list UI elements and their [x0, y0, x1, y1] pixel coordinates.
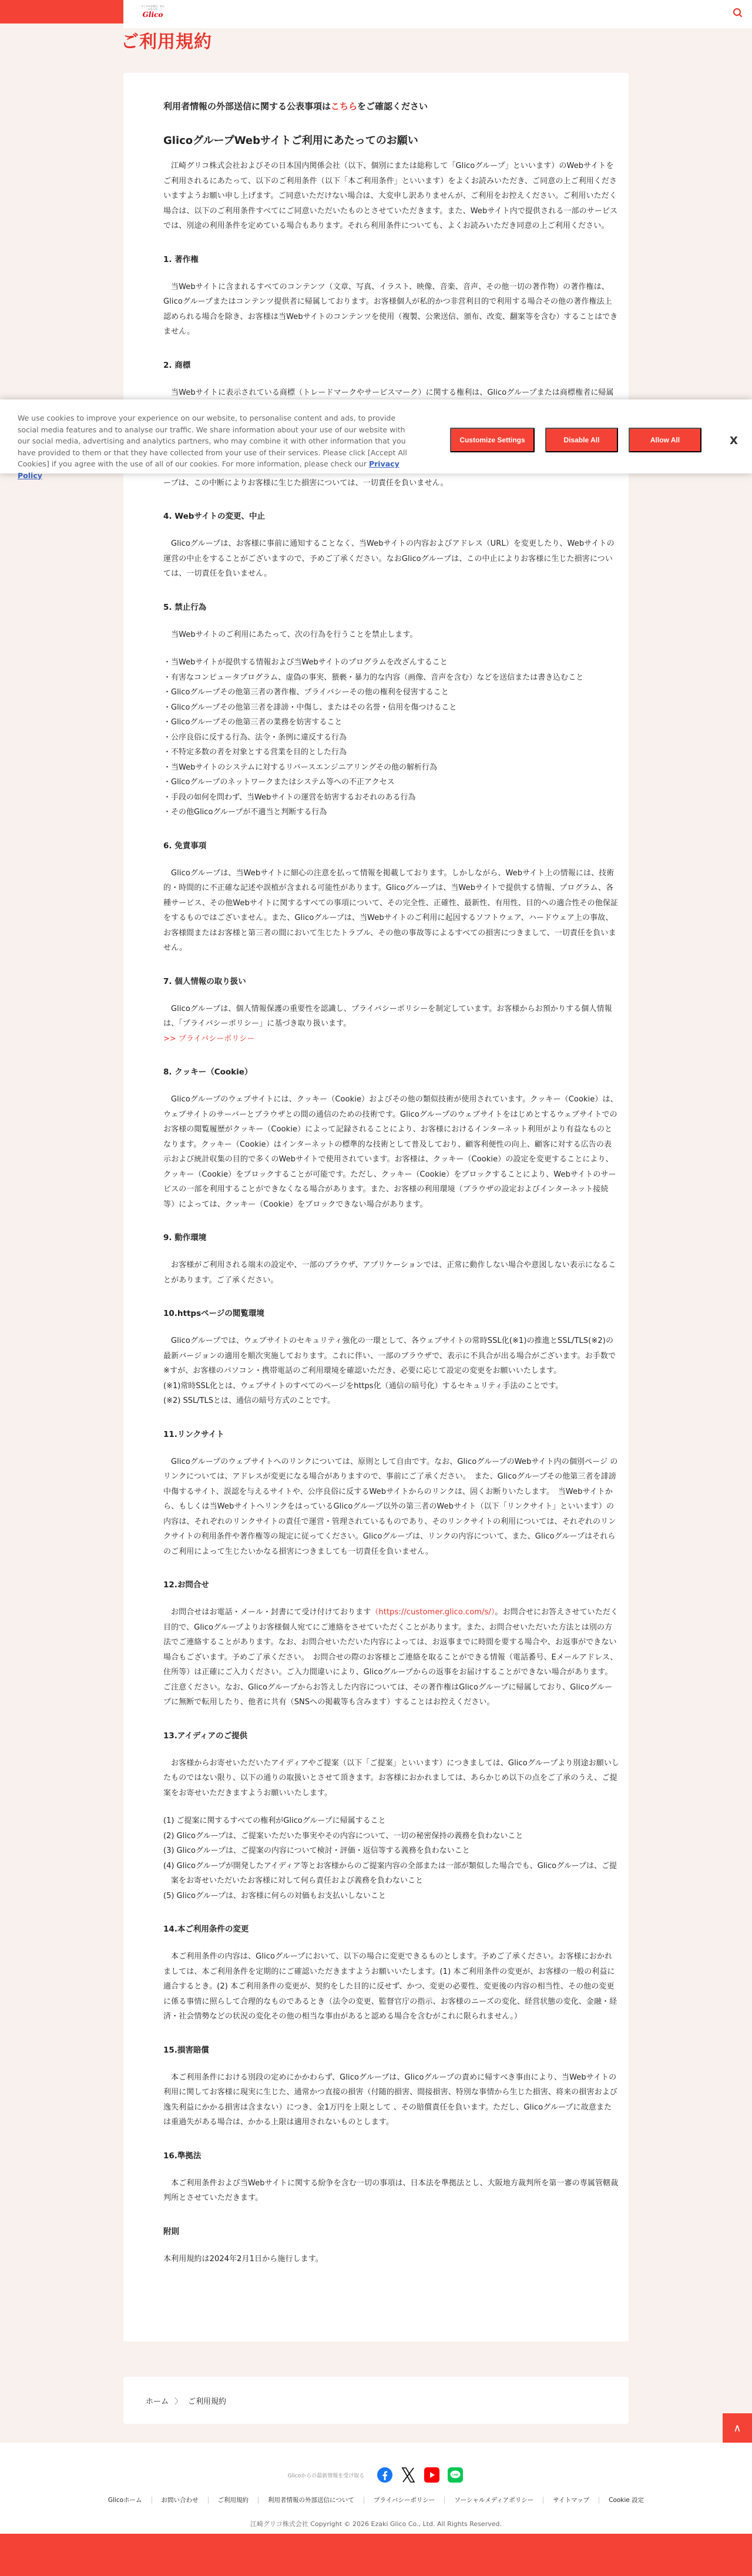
line-icon: LINE: [447, 2467, 464, 2483]
section-text: お客様がご利用される端末の設定や、一部のブラウザ、アプリケーションでは、正常に動…: [163, 1258, 619, 1288]
svg-text:LINE: LINE: [452, 2473, 458, 2476]
notice-text-end: をご確認ください: [357, 101, 428, 112]
list-item: (1) ご提案に関するすべての権利がGlicoグループに帰属すること: [163, 1813, 619, 1829]
list-item: ・有害なコンピュータプログラム、虚偽の事実、猥褻・暴力的な内容（画像、音声を含む…: [163, 670, 619, 686]
section-text: 本ご利用条件および当Webサイトに関する紛争を含む一切の事項は、日本法を準拠法と…: [163, 2176, 619, 2206]
footer-link-sitemap[interactable]: サイトマップ: [543, 2497, 599, 2504]
section-heading: 13.アイディアのご提供: [163, 1730, 619, 1742]
list-item: ・手段の如何を問わず、当Webサイトの運営を妨害するおそれのある行為: [163, 790, 619, 805]
site-header: すこやかな毎日、ゆたかな人生 Glico: [0, 0, 752, 28]
allow-all-button[interactable]: Allow All: [629, 428, 701, 452]
chevron-up-icon: ∧: [733, 2422, 741, 2434]
breadcrumb-home[interactable]: ホーム: [146, 2395, 169, 2406]
footer-link-privacy[interactable]: プライバシーポリシー: [364, 2497, 445, 2504]
list-item: (5) Glicoグループは、お客様に何らの対価もお支払いしないこと: [163, 1889, 619, 1904]
list-item: ・Glicoグループのネットワークまたはシステム等への不正アクセス: [163, 775, 619, 790]
facebook-icon: [377, 2467, 393, 2483]
privacy-policy-link[interactable]: >> プライバシーポリシー: [163, 1032, 619, 1047]
list-item: (2) Glicoグループは、ご提案いただいた事実やその内容について、一切の秘密…: [163, 1829, 619, 1844]
list-item: (4) Glicoグループが開発したアイディア等とお客様からのご提案内容の全部ま…: [163, 1859, 619, 1889]
youtube-link[interactable]: [423, 2466, 441, 2484]
x-link[interactable]: [399, 2466, 417, 2484]
notice-link[interactable]: こちら: [331, 101, 357, 112]
list-item: ・不特定多数の者を対象とする営業を目的とした行為: [163, 745, 619, 760]
section-text: Glicoグループは、当Webサイトに細心の注意を払って情報を掲載しております。…: [163, 866, 619, 956]
close-icon[interactable]: X: [730, 435, 738, 447]
glico-logo[interactable]: すこやかな毎日、ゆたかな人生 Glico: [141, 5, 164, 22]
section-heading: 5. 禁止行為: [163, 602, 619, 613]
prohibited-list: ・当Webサイトが提供する情報および当Webサイトのプログラムを改ざんすること …: [163, 655, 619, 820]
section-heading: 11.リンクサイト: [163, 1429, 619, 1440]
list-item: ・当Webサイトが提供する情報および当Webサイトのプログラムを改ざんすること: [163, 655, 619, 670]
section-text: お客様からお寄せいただいたアイディアやご提案（以下「ご提案」といいます）につきま…: [163, 1756, 619, 1801]
section-text: 本ご利用条件の内容は、Glicoグループにおいて、以下の場合に変更できるものとし…: [163, 1949, 619, 2024]
youtube-icon: [424, 2467, 440, 2483]
section-heading: 7. 個人情報の取り扱い: [163, 976, 619, 988]
footer-link-terms[interactable]: ご利用規約: [209, 2497, 259, 2504]
footer-red-band: [0, 2534, 752, 2576]
footnote: (※1)常時SSL化とは、ウェブサイトのすべてのページをhttps化（通信の暗号…: [163, 1379, 619, 1394]
list-item: ・Glicoグループその他第三者の著作権、プライバシーその他の権利を侵害すること: [163, 685, 619, 700]
footer-nav: Glicoホーム お問い合わせ ご利用規約 利用者情報の外部送信について プライ…: [0, 2497, 752, 2504]
chevron-right-icon: 〉: [174, 2395, 182, 2406]
section-text: Glicoグループは、個人情報保護の重要性を認識し、プライバシーポリシーを制定し…: [163, 1002, 619, 1032]
header-bar: [123, 0, 752, 28]
footer-link-social-policy[interactable]: ソーシャルメディアポリシー: [445, 2497, 543, 2504]
section-heading: 附則: [163, 2226, 619, 2238]
notice-text: 利用者情報の外部送信に関する公表事項は: [163, 101, 331, 112]
logo-tagline: すこやかな毎日、ゆたかな人生: [141, 5, 164, 11]
disable-all-button[interactable]: Disable All: [545, 428, 618, 452]
external-transmission-notice: 利用者情報の外部送信に関する公表事項はこちらをご確認ください: [163, 96, 619, 116]
section-heading: 12.お問合せ: [163, 1579, 619, 1591]
section-text: Glicoグループでは、ウェブサイトのセキュリティ強化の一環として、各ウェブサイ…: [163, 1334, 619, 1379]
contact-text: お問合せはお電話・メール・封書にて受け付けております: [171, 1608, 371, 1617]
section-text: お問合せはお電話・メール・封書にて受け付けております（https://custo…: [163, 1605, 619, 1710]
section-text: 当Webサイトに含まれるすべてのコンテンツ（文章、写真、イラスト、映像、音楽、音…: [163, 280, 619, 340]
logo-wordmark: Glico: [143, 11, 163, 19]
contact-text-end: 。お問合せにお答えさせていただく目的で、Glicoグループよりお客様個人宛てにご…: [163, 1608, 618, 1707]
search-icon: [732, 7, 744, 19]
copyright: 江崎グリコ株式会社 Copyright © 2026 Ezaki Glico C…: [0, 2519, 752, 2528]
footer-link-cookie-settings[interactable]: Cookie 設定: [599, 2497, 653, 2504]
section-text: 当Webサイトのご利用にあたって、次の行為を行うことを禁止します。: [163, 627, 619, 643]
section-heading: 14.本ご利用条件の変更: [163, 1923, 619, 1935]
breadcrumb: ホーム 〉 ご利用規約: [123, 2377, 629, 2424]
list-item: ・当Webサイトのシステムに対するリバースエンジニアリングその他の解析行為: [163, 760, 619, 775]
section-heading: 15.損害賠償: [163, 2044, 619, 2056]
list-item: ・その他Glicoグループが不適当と判断する行為: [163, 805, 619, 820]
intro-text: 江崎グリコ株式会社およびその日本国内関係会社（以下、個別にまたは総称して「Gli…: [163, 159, 619, 234]
back-to-top-button[interactable]: ∧: [723, 2413, 752, 2443]
customize-settings-button[interactable]: Customize Settings: [450, 428, 535, 452]
section-heading: 2. 商標: [163, 360, 619, 371]
x-icon: [401, 2467, 415, 2483]
footer-link-home[interactable]: Glicoホーム: [99, 2497, 152, 2504]
breadcrumb-current: ご利用規約: [188, 2395, 226, 2406]
section-heading: 6. 免責事項: [163, 840, 619, 852]
site-footer: Glicoからの最新情報を受け取る LINE Glicoホーム お問い合わせ ご…: [0, 2443, 752, 2534]
section-heading: 10.httpsページの閲覧環境: [163, 1308, 619, 1319]
idea-terms-list: (1) ご提案に関するすべての権利がGlicoグループに帰属すること (2) G…: [163, 1813, 619, 1903]
section-heading: 8. クッキー（Cookie）: [163, 1066, 619, 1078]
section-text: Glicoグループは、お客様に事前に通知することなく、当Webサイトの内容および…: [163, 536, 619, 582]
list-item: ・公序良俗に反する行為、法令・条例に違反する行為: [163, 730, 619, 745]
list-item: ・Glicoグループその他第三者の業務を妨害すること: [163, 715, 619, 730]
effective-date-text: 本利用規約は2024年2月1日から施行します。: [163, 2252, 619, 2267]
cookie-message: We use cookies to improve your experienc…: [18, 414, 407, 468]
cookie-text: We use cookies to improve your experienc…: [18, 412, 417, 481]
header-red-block: [0, 0, 123, 23]
facebook-link[interactable]: [376, 2466, 394, 2484]
social-label: Glicoからの最新情報を受け取る: [288, 2471, 364, 2479]
section-text: 本ご利用条件における別段の定めにかかわらず、Glicoグループは、Glicoグル…: [163, 2070, 619, 2130]
list-item: (3) Glicoグループは、ご提案の内容について検討・評価・返信等する義務を負…: [163, 1843, 619, 1859]
section-text: Glicoグループのウェブサイトへのリンクについては、原則として自由です。なお、…: [163, 1455, 619, 1560]
list-item: ・Glicoグループその他第三者を誹謗・中傷し、またはその名誉・信用を傷つけるこ…: [163, 700, 619, 716]
footnote: (※2) SSL/TLSとは、通信の暗号方式のことです。: [163, 1393, 619, 1409]
section-heading: 1. 著作権: [163, 254, 619, 266]
social-links: Glicoからの最新情報を受け取る LINE: [0, 2466, 752, 2484]
customer-support-link[interactable]: （https://customer.glico.com/s/）: [371, 1608, 495, 1617]
section-text: Glicoグループのウェブサイトには、クッキー（Cookie）およびその他の類似…: [163, 1092, 619, 1212]
footer-link-external-transmission[interactable]: 利用者情報の外部送信について: [258, 2497, 364, 2504]
footer-link-contact[interactable]: お問い合わせ: [152, 2497, 209, 2504]
line-link[interactable]: LINE: [446, 2466, 464, 2484]
section-heading: 9. 動作環境: [163, 1232, 619, 1244]
section-heading: 16.準拠法: [163, 2150, 619, 2162]
cookie-banner: We use cookies to improve your experienc…: [0, 399, 752, 473]
search-button[interactable]: [732, 7, 744, 19]
section-heading: 4. Webサイトの変更、中止: [163, 511, 619, 522]
intro-title: GlicoグループWebサイトご利用にあたってのお願い: [163, 133, 619, 149]
page-title: ご利用規約: [121, 28, 212, 56]
